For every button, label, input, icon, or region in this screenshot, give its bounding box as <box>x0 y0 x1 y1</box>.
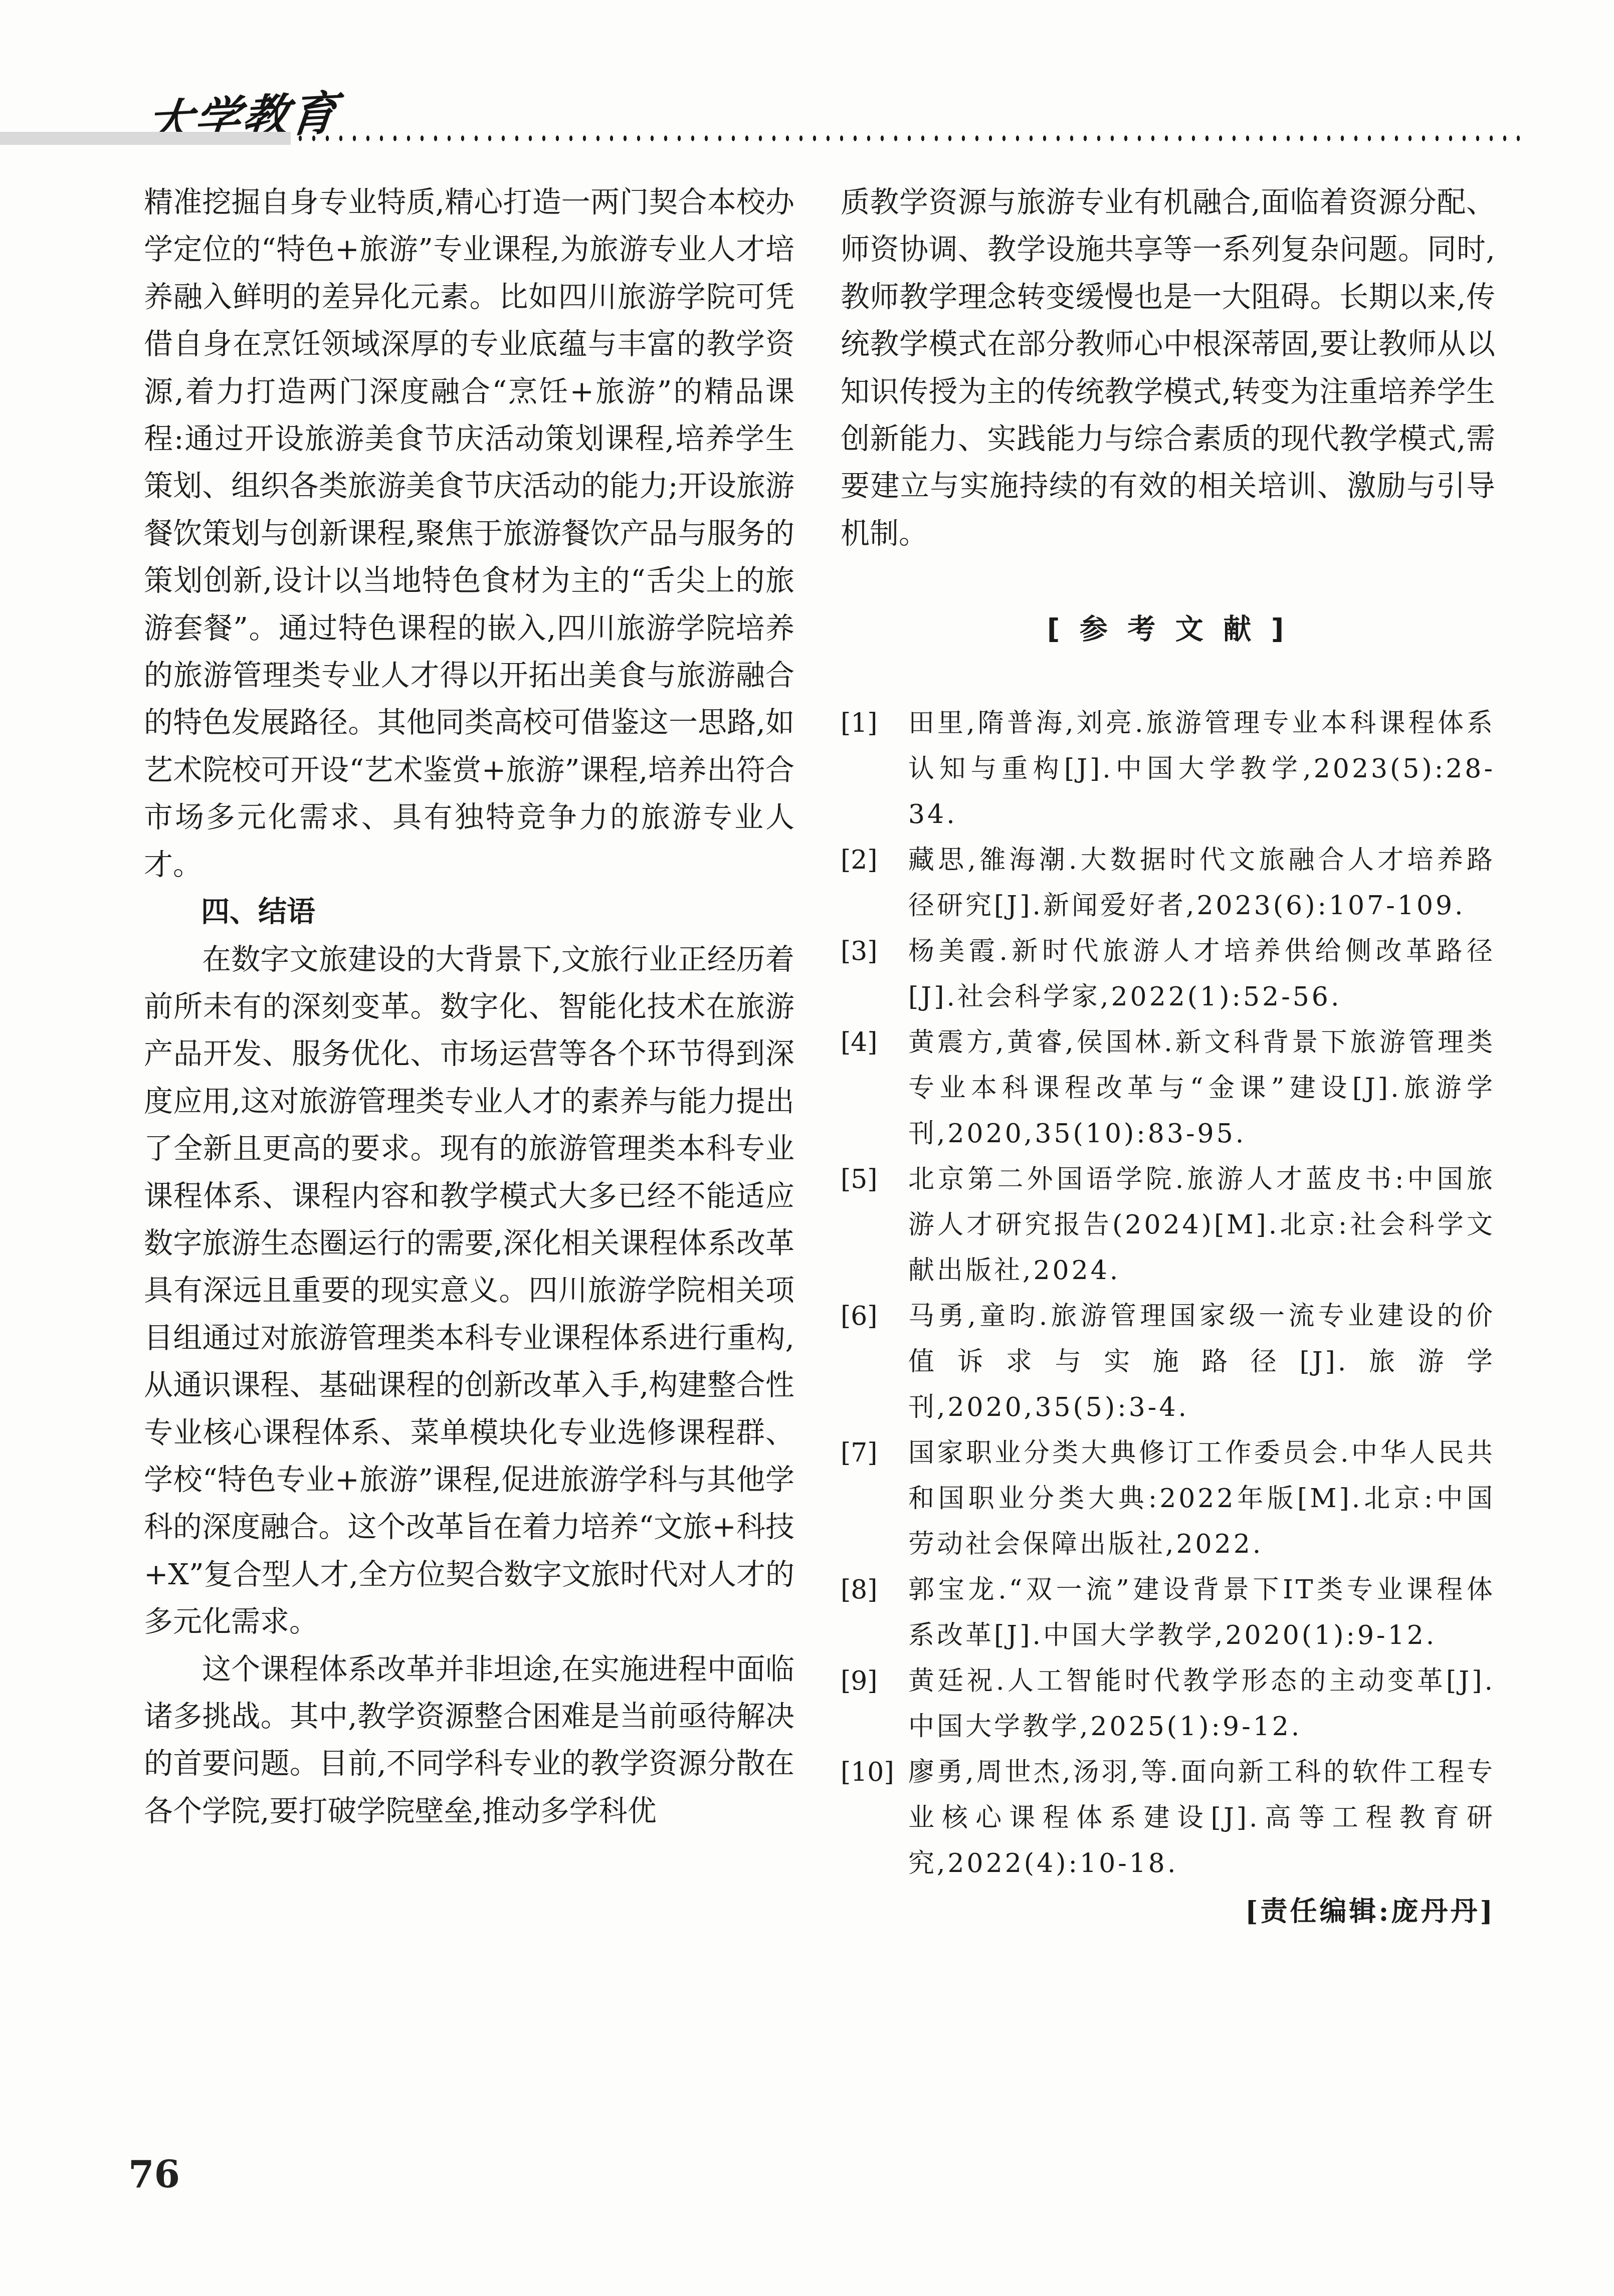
reference-item: [5] 北京第二外国语学院.旅游人才蓝皮书:中国旅游人才研究报告(2024)[M… <box>841 1157 1495 1294</box>
page-number: 76 <box>128 2153 180 2196</box>
reference-item: [3] 杨美霞.新时代旅游人才培养供给侧改革路径[J].社会科学家,2022(1… <box>841 929 1495 1020</box>
reference-marker: [10] <box>841 1750 894 1795</box>
reference-item: [9] 黄廷祝.人工智能时代教学形态的主动变革[J].中国大学教学,2025(1… <box>841 1658 1495 1750</box>
reference-text: 马勇,童昀.旅游管理国家级一流专业建设的价值诉求与实施路径[J].旅游学刊,20… <box>908 1301 1495 1422</box>
reference-marker: [1] <box>841 701 878 746</box>
reference-marker: [6] <box>841 1294 878 1339</box>
section-heading-conclusion: 四、结语 <box>144 888 794 935</box>
references-heading: [ 参 考 文 献 ] <box>841 606 1495 653</box>
reference-text: 黄震方,黄睿,侯国林.新文科背景下旅游管理类专业本科课程改革与“金课”建设[J]… <box>908 1027 1495 1149</box>
reference-item: [4] 黄震方,黄睿,侯国林.新文科背景下旅游管理类专业本科课程改革与“金课”建… <box>841 1020 1495 1157</box>
reference-text: 藏思,雒海潮.大数据时代文旅融合人才培养路径研究[J].新闻爱好者,2023(6… <box>908 845 1495 921</box>
reference-item: [7] 国家职业分类大典修订工作委员会.中华人民共和国职业分类大典:2022年版… <box>841 1430 1495 1567</box>
references-list: [1] 田里,隋普海,刘亮.旅游管理专业本科课程体系认知与重构[J].中国大学教… <box>841 701 1495 1887</box>
reference-marker: [5] <box>841 1157 878 1202</box>
journal-page: 大学教育 精准挖掘自身专业特质,精心打造一两门契合本校办学定位的“特色+旅游”专… <box>0 0 1614 2296</box>
reference-text: 国家职业分类大典修订工作委员会.中华人民共和国职业分类大典:2022年版[M].… <box>908 1438 1495 1559</box>
reference-text: 黄廷祝.人工智能时代教学形态的主动变革[J].中国大学教学,2025(1):9-… <box>908 1666 1495 1742</box>
reference-item: [1] 田里,隋普海,刘亮.旅游管理专业本科课程体系认知与重构[J].中国大学教… <box>841 701 1495 838</box>
reference-text: 廖勇,周世杰,汤羽,等.面向新工科的软件工程专业核心课程体系建设[J].高等工程… <box>908 1757 1495 1878</box>
body-paragraph-4: 质教学资源与旅游专业有机融合,面临着资源分配、师资协调、教学设施共享等一系列复杂… <box>841 178 1495 557</box>
body-paragraph-1: 精准挖掘自身专业特质,精心打造一两门契合本校办学定位的“特色+旅游”专业课程,为… <box>144 178 794 888</box>
reference-marker: [9] <box>841 1658 878 1704</box>
reference-item: [8] 郭宝龙.“双一流”建设背景下IT类专业课程体系改革[J].中国大学教学,… <box>841 1567 1495 1658</box>
reference-item: [6] 马勇,童昀.旅游管理国家级一流专业建设的价值诉求与实施路径[J].旅游学… <box>841 1294 1495 1430</box>
header-gray-bar <box>0 132 291 145</box>
left-column: 精准挖掘自身专业特质,精心打造一两门契合本校办学定位的“特色+旅游”专业课程,为… <box>144 178 794 1834</box>
reference-marker: [2] <box>841 838 878 883</box>
reference-item: [2] 藏思,雒海潮.大数据时代文旅融合人才培养路径研究[J].新闻爱好者,20… <box>841 838 1495 929</box>
reference-marker: [8] <box>841 1567 878 1613</box>
reference-marker: [7] <box>841 1430 878 1476</box>
body-paragraph-3: 这个课程体系改革并非坦途,在实施进程中面临诸多挑战。其中,教学资源整合困难是当前… <box>144 1645 794 1835</box>
reference-item: [10] 廖勇,周世杰,汤羽,等.面向新工科的软件工程专业核心课程体系建设[J]… <box>841 1750 1495 1887</box>
reference-text: 杨美霞.新时代旅游人才培养供给侧改革路径[J].社会科学家,2022(1):52… <box>908 936 1495 1012</box>
reference-text: 郭宝龙.“双一流”建设背景下IT类专业课程体系改革[J].中国大学教学,2020… <box>908 1575 1495 1650</box>
reference-text: 北京第二外国语学院.旅游人才蓝皮书:中国旅游人才研究报告(2024)[M].北京… <box>908 1164 1495 1286</box>
header-dotted-line <box>294 133 1520 144</box>
editor-note: [责任编辑:庞丹丹] <box>841 1889 1495 1934</box>
reference-marker: [3] <box>841 929 878 974</box>
reference-marker: [4] <box>841 1020 878 1066</box>
right-column: 质教学资源与旅游专业有机融合,面临着资源分配、师资协调、教学设施共享等一系列复杂… <box>841 178 1495 1934</box>
reference-text: 田里,隋普海,刘亮.旅游管理专业本科课程体系认知与重构[J].中国大学教学,20… <box>908 708 1495 829</box>
body-paragraph-2: 在数字文旅建设的大背景下,文旅行业正经历着前所未有的深刻变革。数字化、智能化技术… <box>144 936 794 1645</box>
